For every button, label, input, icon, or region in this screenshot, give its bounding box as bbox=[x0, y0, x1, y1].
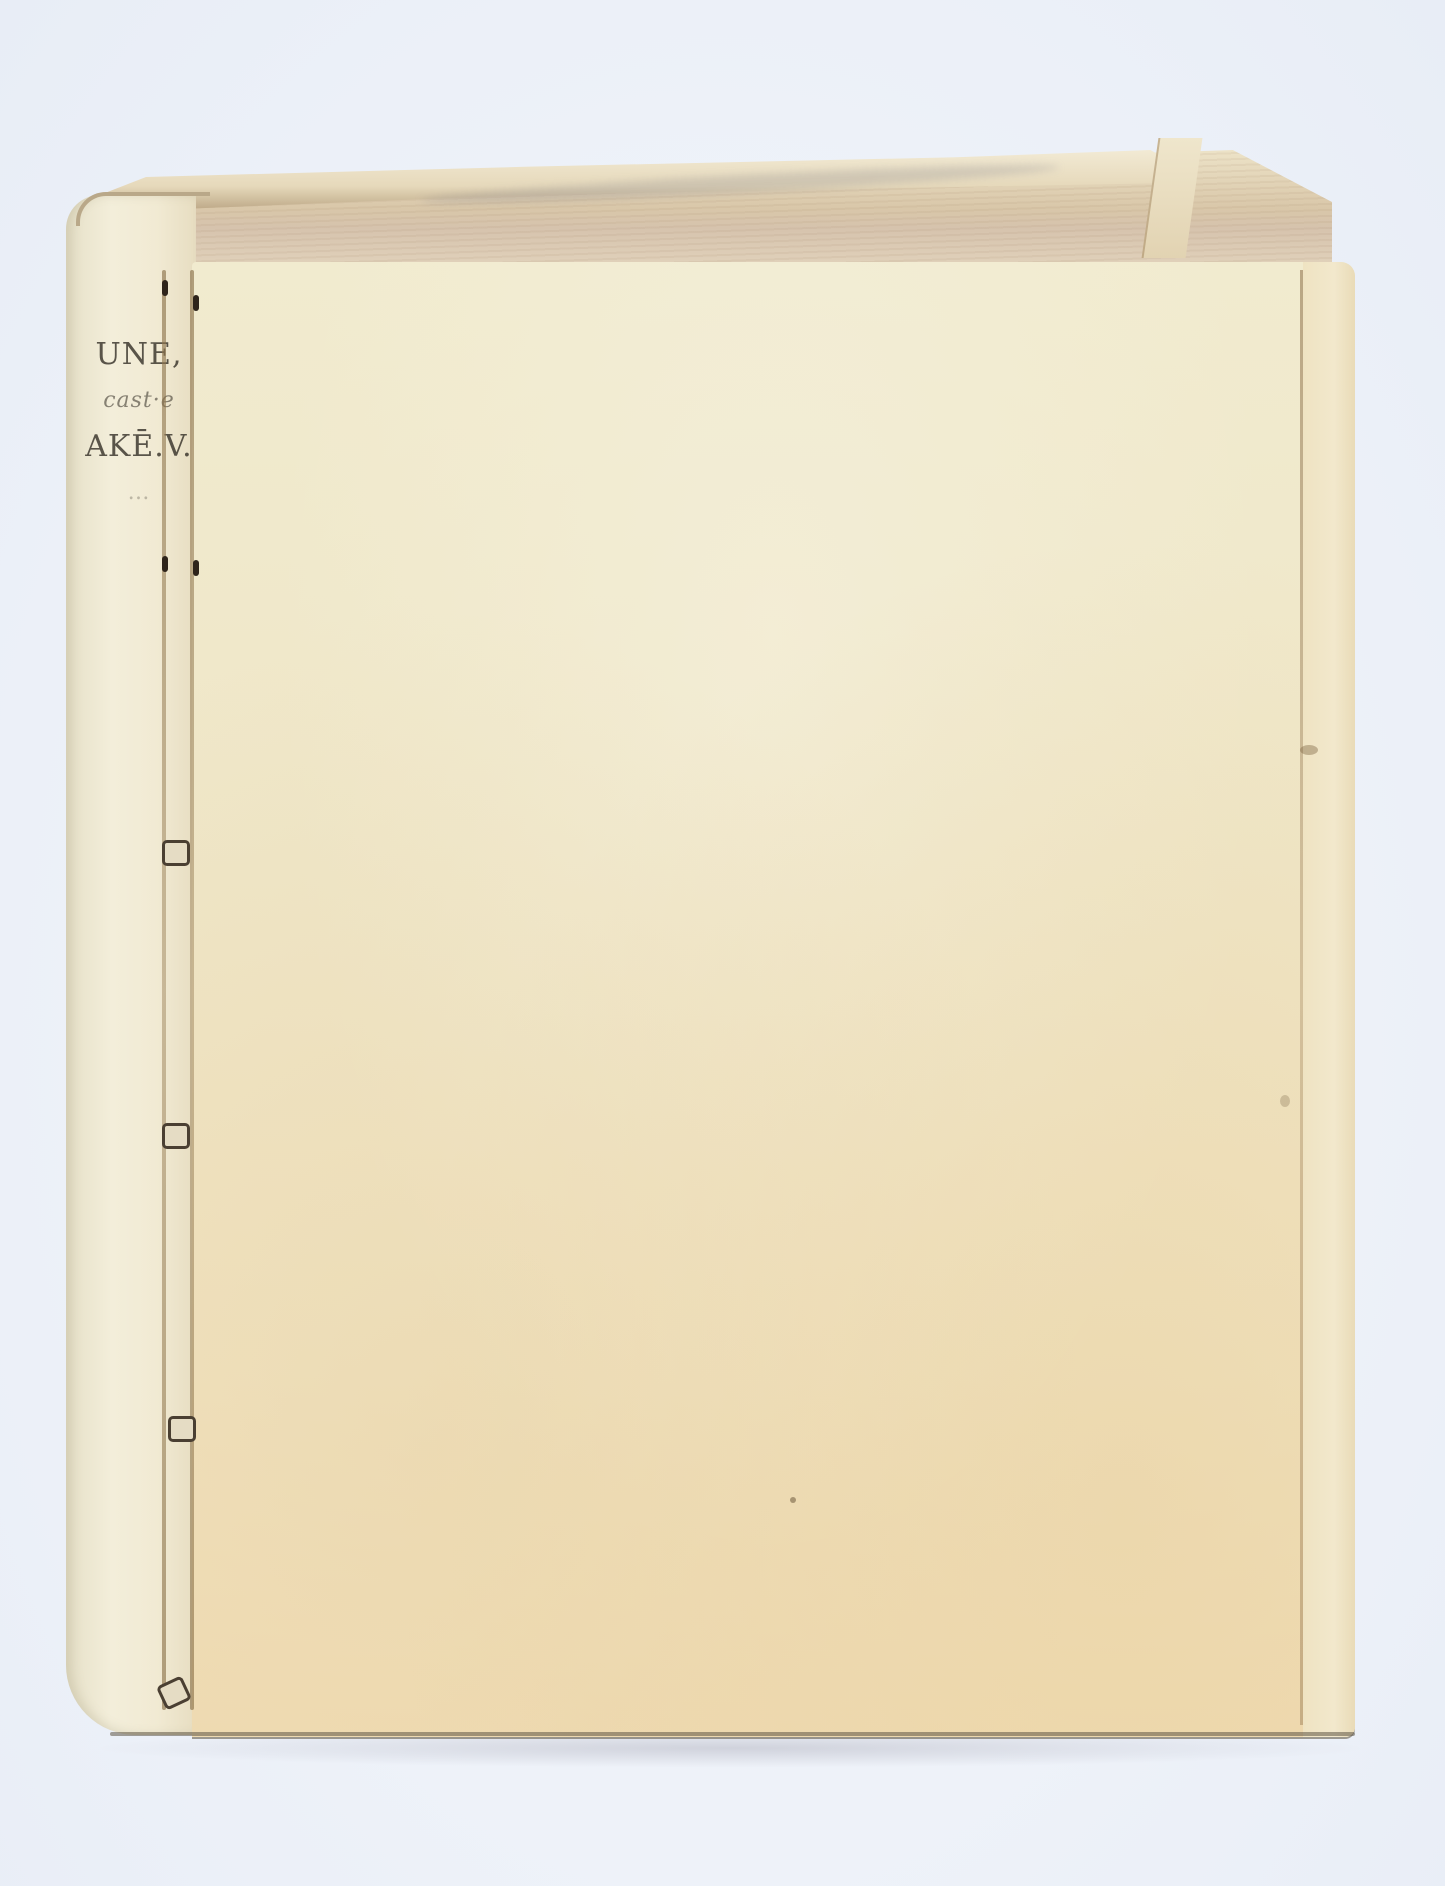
vellum-blemish bbox=[790, 1497, 796, 1503]
spine-headcap bbox=[76, 192, 210, 226]
front-board-vellum bbox=[192, 262, 1355, 1737]
tie-down-slot-icon bbox=[162, 1123, 190, 1149]
tie-down-notch-icon bbox=[162, 556, 168, 572]
spine-title-line-2: cast·e bbox=[84, 390, 194, 412]
spine-title-line-3: AKĒ.V. bbox=[84, 432, 194, 462]
spine-title-line-1: UNE, bbox=[84, 340, 194, 370]
board-bottom-edge bbox=[110, 1732, 1355, 1736]
fore-edge-yapp bbox=[1303, 262, 1355, 1737]
spine-title-line-4: … bbox=[84, 482, 194, 504]
tie-down-notch-icon bbox=[162, 280, 168, 296]
spine-title: UNE, cast·e AKĒ.V. … bbox=[84, 340, 194, 524]
fore-edge-fold-line bbox=[1300, 270, 1303, 1725]
board-joint-groove bbox=[190, 270, 194, 1710]
tie-down-slot-icon bbox=[168, 1416, 196, 1442]
vellum-blemish bbox=[1280, 1095, 1290, 1107]
vellum-blemish bbox=[1300, 745, 1318, 755]
tie-down-slot-icon bbox=[162, 840, 190, 866]
tie-down-notch-icon bbox=[193, 295, 199, 311]
tie-down-notch-icon bbox=[193, 560, 199, 576]
spine-joint-groove bbox=[162, 270, 166, 1710]
